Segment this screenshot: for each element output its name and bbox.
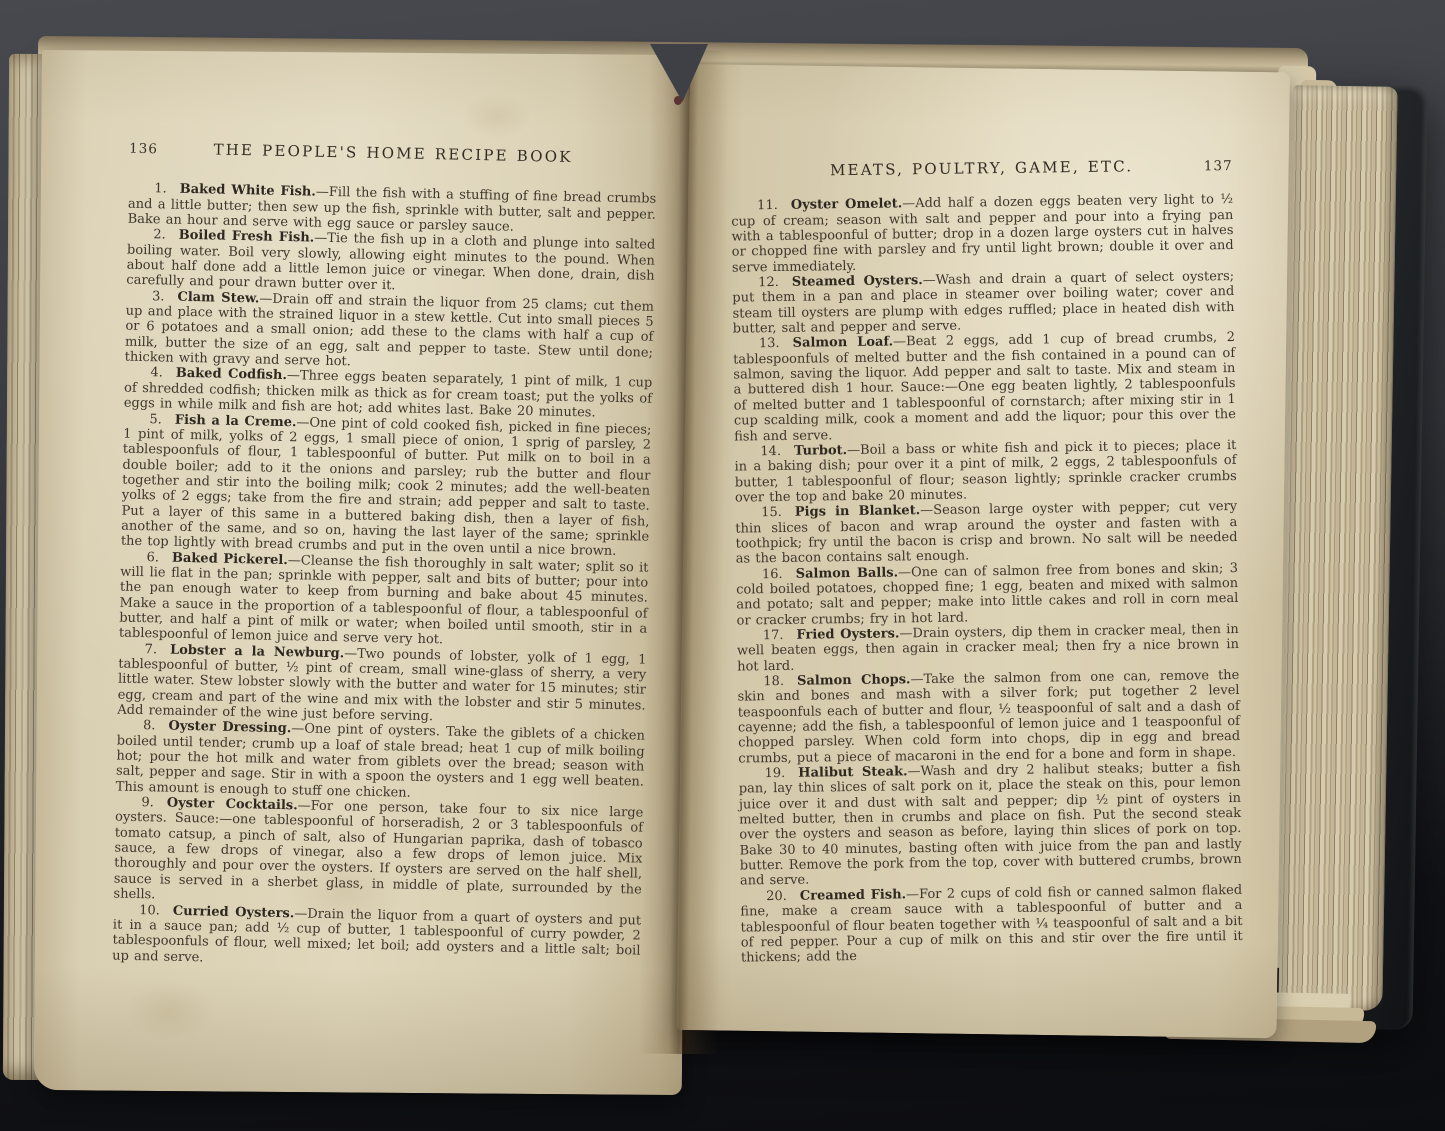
left-page-title: THE PEOPLE'S HOME RECIPE BOOK	[191, 142, 595, 166]
recipe-number: 3.	[152, 289, 165, 304]
recipe-body: —For one person, take four to six nice l…	[113, 798, 643, 902]
recipe-entry-11: 11.Oyster Omelet.—Add half a dozen eggs …	[731, 192, 1234, 275]
recipe-title: Halibut Steak.	[798, 764, 907, 780]
recipe-number: 9.	[141, 795, 154, 810]
recipe-title: Clam Stew.	[177, 289, 259, 306]
recipe-number: 15.	[761, 505, 782, 520]
recipe-entry-15: 15.Pigs in Blanket.—Season large oyster …	[735, 499, 1238, 567]
recipe-body: —One pint of cold cooked fish, picked in…	[121, 415, 652, 559]
recipe-entry-20: 20.Creamed Fish.—For 2 cups of cold fish…	[740, 883, 1243, 966]
recipe-number: 2.	[153, 228, 166, 243]
recipe-entry-16: 16.Salmon Balls.—One can of salmon free …	[736, 561, 1239, 629]
recipe-number: 13.	[759, 336, 780, 351]
recipe-entry-12: 12.Steamed Oysters.—Wash and drain a qua…	[732, 269, 1235, 337]
binding-peek	[674, 96, 682, 105]
recipe-entry-7: 7.Lobster a la Newburg.—Two pounds of lo…	[117, 641, 646, 729]
recipe-entry-14: 14.Turbot.—Boil a bass or white fish and…	[734, 438, 1237, 506]
recipe-entry-9: 9.Oyster Cocktails.—For one person, take…	[113, 795, 643, 913]
recipe-number: 7.	[144, 642, 157, 657]
right-page: MEATS, POULTRY, GAME, ETC. 137 11.Oyster…	[677, 64, 1290, 1038]
recipe-title: Fried Oysters.	[796, 626, 899, 642]
recipe-body: —Two pounds of lobster, yolk of 1 egg, 1…	[117, 646, 646, 724]
photo-background: 136 THE PEOPLE'S HOME RECIPE BOOK 1.Bake…	[0, 0, 1445, 1131]
recipe-title: Pigs in Blanket.	[795, 503, 921, 520]
recipe-entry-8: 8.Oyster Dressing.—One pint of oysters. …	[116, 718, 645, 806]
left-page-header: 136 THE PEOPLE'S HOME RECIPE BOOK	[129, 141, 657, 168]
recipe-number: 1.	[154, 182, 167, 197]
recipe-title: Salmon Loaf.	[793, 335, 894, 351]
recipe-title: Salmon Balls.	[796, 565, 899, 581]
recipe-title: Creamed Fish.	[800, 887, 906, 903]
recipe-number: 10.	[139, 903, 160, 918]
recipe-entry-18: 18.Salmon Chops.—Take the salmon from on…	[737, 668, 1240, 767]
right-page-title: MEATS, POULTRY, GAME, ETC.	[793, 159, 1171, 179]
recipe-number: 18.	[763, 674, 784, 689]
recipe-number: 4.	[150, 366, 163, 381]
right-page-text: MEATS, POULTRY, GAME, ETC. 137 11.Oyster…	[731, 158, 1243, 966]
recipe-body: —Cleanse the fish thoroughly in salt wat…	[119, 553, 649, 648]
paper-stain	[461, 93, 531, 140]
left-page-number: 136	[129, 142, 191, 159]
recipe-number: 12.	[758, 275, 779, 290]
right-page-number: 137	[1171, 159, 1233, 175]
recipe-entry-3: 3.Clam Stew.—Drain off and strain the li…	[125, 288, 654, 376]
recipe-number: 19.	[764, 766, 785, 781]
recipe-title: Oyster Omelet.	[791, 197, 903, 213]
header-spacer	[731, 176, 793, 177]
paper-stain	[124, 981, 214, 1042]
recipe-entry-13: 13.Salmon Loaf.—Beat 2 eggs, add 1 cup o…	[733, 330, 1236, 444]
recipe-title: Steamed Oysters.	[792, 273, 923, 290]
recipe-title: Turbot.	[794, 443, 847, 459]
recipe-entry-19: 19.Halibut Steak.—Wash and dry 2 halibut…	[738, 760, 1242, 889]
header-spacer	[595, 162, 657, 163]
recipe-number: 5.	[149, 412, 162, 427]
recipe-number: 16.	[762, 567, 783, 582]
recipe-number: 20.	[766, 889, 787, 904]
recipe-title: Salmon Chops.	[797, 672, 911, 688]
recipe-number: 11.	[757, 198, 778, 213]
recipe-number: 14.	[760, 444, 781, 459]
recipe-number: 17.	[763, 628, 784, 643]
recipe-entry-2: 2.Boiled Fresh Fish.—Tie the fish up in …	[126, 227, 655, 299]
right-page-header: MEATS, POULTRY, GAME, ETC. 137	[731, 158, 1233, 181]
recipe-entry-6: 6.Baked Pickerel.—Cleanse the fish thoro…	[119, 549, 649, 652]
recipe-entry-10: 10.Curried Oysters.—Drain the liquor fro…	[112, 902, 641, 974]
recipe-entry-17: 17.Fried Oysters.—Drain oysters, dip the…	[737, 622, 1240, 675]
left-page-text: 136 THE PEOPLE'S HOME RECIPE BOOK 1.Bake…	[112, 141, 657, 975]
fore-edge-pages	[1278, 85, 1397, 1011]
recipe-number: 6.	[146, 550, 159, 565]
left-page: 136 THE PEOPLE'S HOME RECIPE BOOK 1.Bake…	[34, 50, 690, 1095]
recipe-entry-5: 5.Fish a la Creme.—One pint of cold cook…	[121, 411, 652, 560]
recipe-number: 8.	[143, 718, 156, 733]
